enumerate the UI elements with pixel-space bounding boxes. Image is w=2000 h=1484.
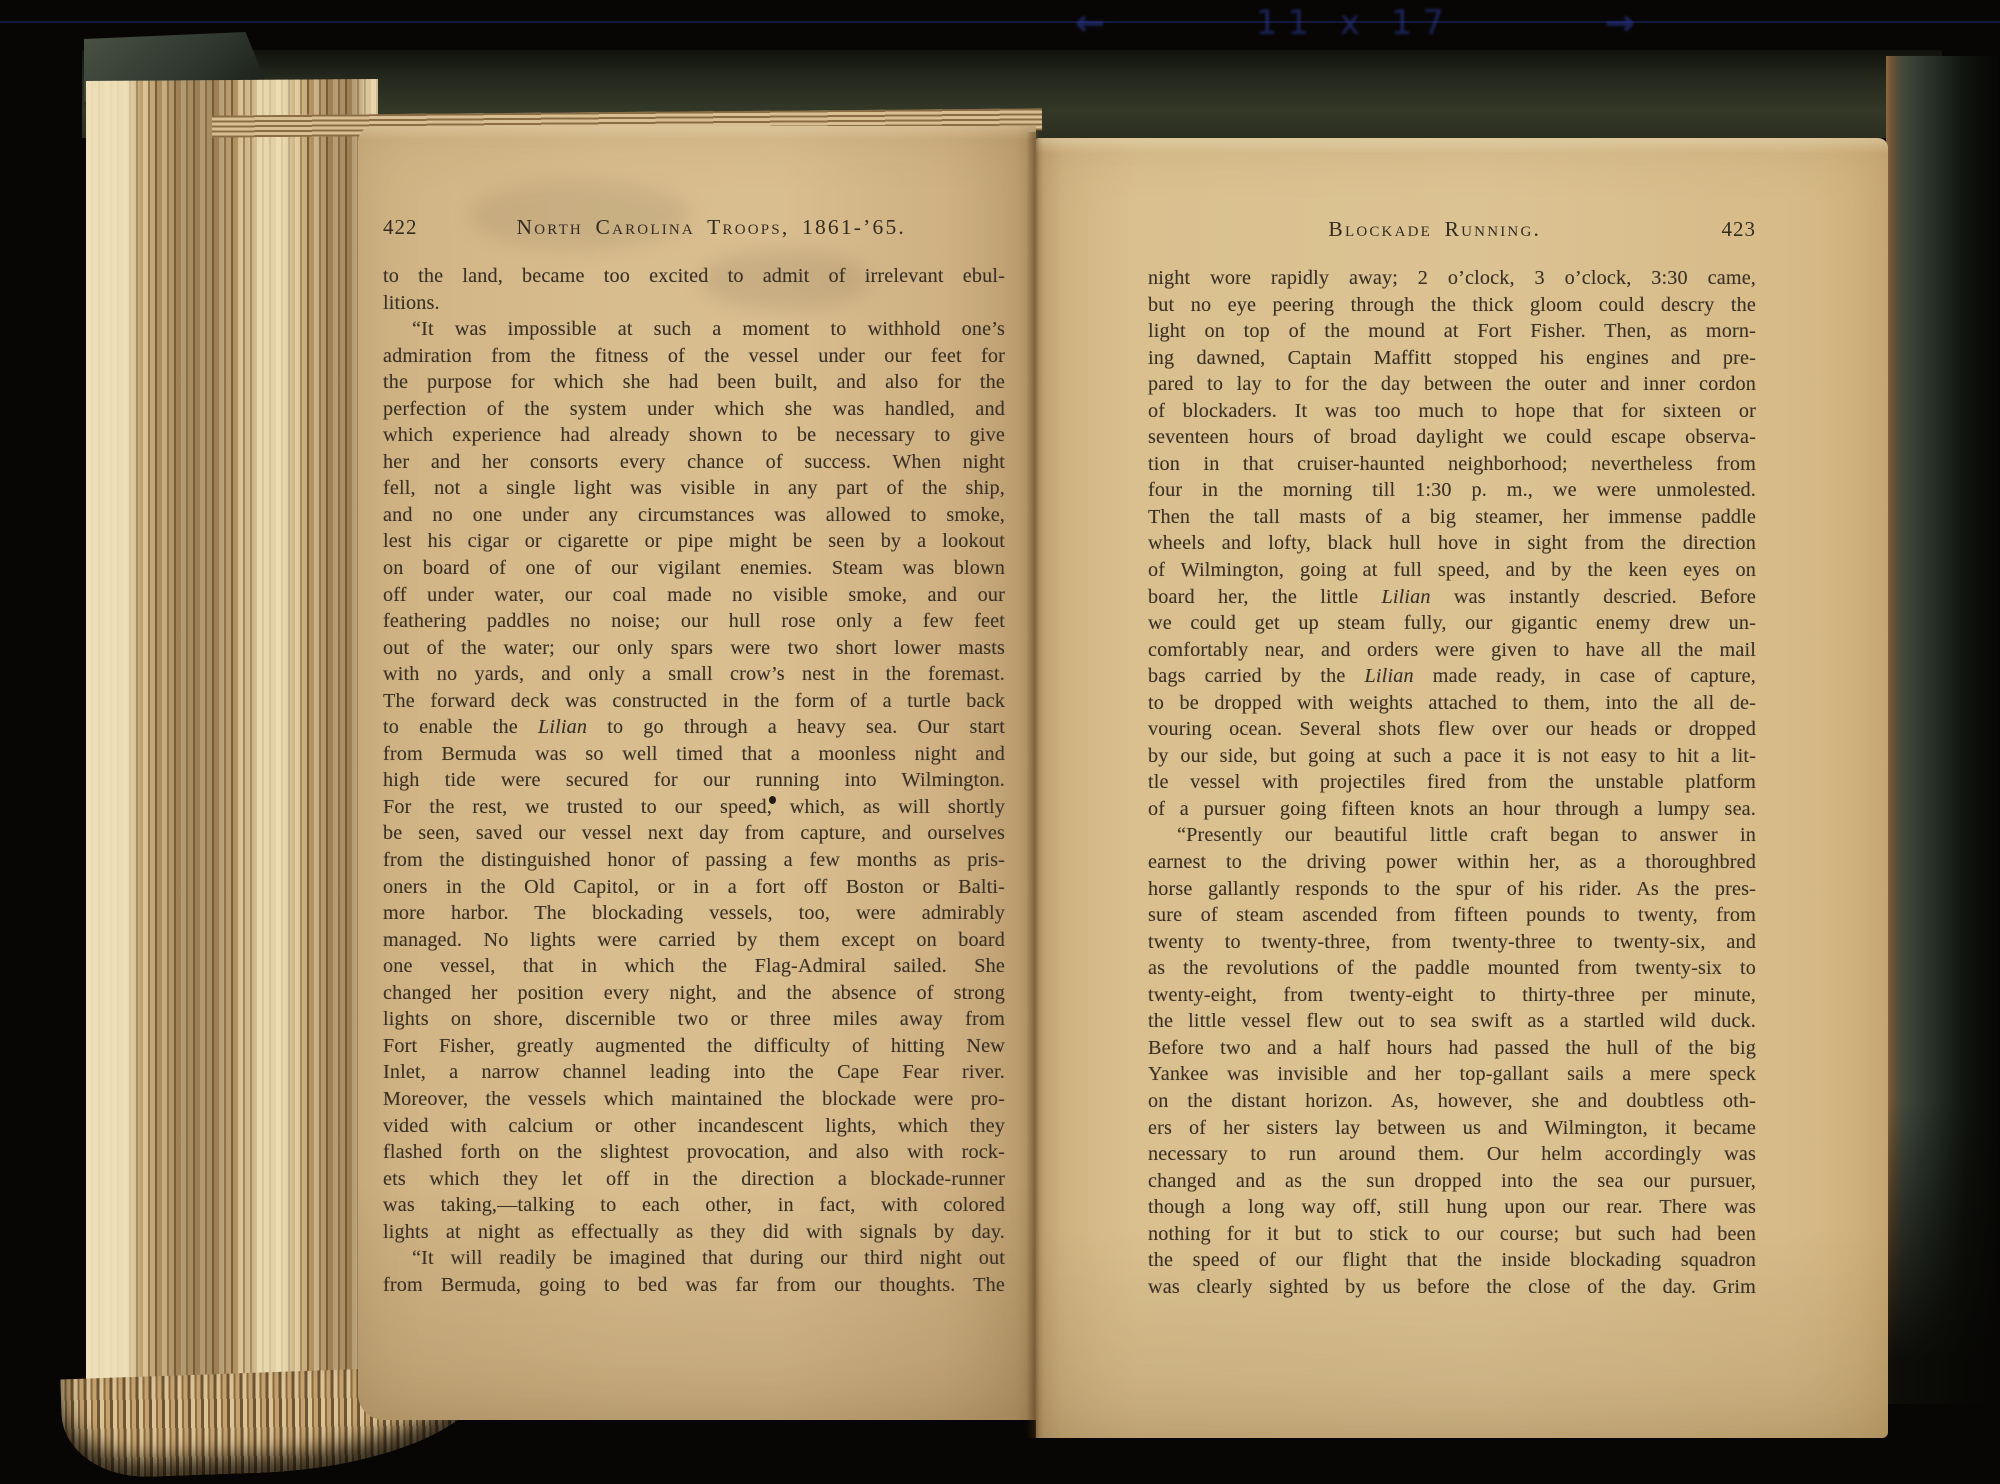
text-line: on the distant horizon. As, however, she… <box>1148 1088 1756 1115</box>
text-line: tion in that cruiser-haunted neighborhoo… <box>1148 451 1756 478</box>
text-line: litions. <box>383 290 1005 317</box>
text-line: twenty-eight, from twenty-eight to thirt… <box>1148 982 1756 1009</box>
text-line: sure of steam ascended from fifteen poun… <box>1148 902 1756 929</box>
text-line: of Wilmington, going at full speed, and … <box>1148 557 1756 584</box>
text-line: perfection of the system under which she… <box>383 396 1005 423</box>
text-line: bags carried by the Lilian made ready, i… <box>1148 663 1756 690</box>
text-line: tle vessel with projectiles fired from t… <box>1148 769 1756 796</box>
page-number: 422 <box>383 215 418 240</box>
text-line: as the revolutions of the paddle mounted… <box>1148 955 1756 982</box>
text-line: out of the water; our only spars were tw… <box>383 635 1005 662</box>
text-line: from Bermuda was so well timed that a mo… <box>383 741 1005 768</box>
text-line: ing dawned, Captain Maffitt stopped his … <box>1148 345 1756 372</box>
text-line: fell, not a single light was visible in … <box>383 475 1005 502</box>
text-line: by our side, but going at such a pace it… <box>1148 743 1756 770</box>
text-line: on board of one of our vigilant enemies.… <box>383 555 1005 582</box>
text-line: of a pursuer going fifteen knots an hour… <box>1148 796 1756 823</box>
text-line: vided with calcium or other incandescent… <box>383 1113 1005 1140</box>
page-body: to the land, became too excited to admit… <box>383 263 1005 1298</box>
scanner-guide-line <box>0 21 2000 23</box>
text-line: and no one under any circumstances was a… <box>383 502 1005 529</box>
text-line: the purpose for which she had been built… <box>383 369 1005 396</box>
text-line: “It was impossible at such a moment to w… <box>383 316 1005 343</box>
text-line: Before two and a half hours had passed t… <box>1148 1035 1756 1062</box>
text-line: of blockaders. It was too much to hope t… <box>1148 398 1756 425</box>
text-line: feathering paddles no noise; our hull ro… <box>383 608 1005 635</box>
left-arrow-icon: ← <box>1075 3 1105 44</box>
text-line: was taking,—talking to each other, in fa… <box>383 1192 1005 1219</box>
running-header: North Carolina Troops, 1861-’65. <box>418 215 1006 240</box>
text-line: necessary to run around them. Our helm a… <box>1148 1141 1756 1168</box>
text-line: to enable the Lilian to go through a hea… <box>383 714 1005 741</box>
left-page-text: 422 North Carolina Troops, 1861-’65. to … <box>383 215 1005 1298</box>
text-line: For the rest, we trusted to our speed, w… <box>383 794 1005 821</box>
text-line: board her, the little Lilian was instant… <box>1148 584 1756 611</box>
text-line: her and her consorts every chance of suc… <box>383 449 1005 476</box>
text-line: earnest to the driving power within her,… <box>1148 849 1756 876</box>
text-line: the speed of our flight that the inside … <box>1148 1247 1756 1274</box>
scanner-size-marking: ← 11 x 17 → <box>1075 0 1635 46</box>
text-line: managed. No lights were carried by them … <box>383 927 1005 954</box>
text-line: be seen, saved our vessel next day from … <box>383 820 1005 847</box>
text-line: ets which they let off in the direction … <box>383 1166 1005 1193</box>
text-line: oners in the Old Capitol, or in a fort o… <box>383 874 1005 901</box>
text-line: more harbor. The blockading vessels, too… <box>383 900 1005 927</box>
text-line: seventeen hours of broad daylight we cou… <box>1148 424 1756 451</box>
text-line: though a long way off, still hung upon o… <box>1148 1194 1756 1221</box>
text-line: comfortably near, and orders were given … <box>1148 637 1756 664</box>
text-line: which experience had already shown to be… <box>383 422 1005 449</box>
text-line: flashed forth on the slightest provocati… <box>383 1139 1005 1166</box>
text-line: Then the tall masts of a big steamer, he… <box>1148 504 1756 531</box>
text-line: from Bermuda, going to bed was far from … <box>383 1272 1005 1299</box>
text-line: to the land, became too excited to admit… <box>383 263 1005 290</box>
book-cover-shadow <box>1886 1100 1998 1404</box>
text-line: off under water, our coal made no visibl… <box>383 582 1005 609</box>
text-line: vouring ocean. Several shots flew over o… <box>1148 716 1756 743</box>
text-line: Yankee was invisible and her top-gallant… <box>1148 1061 1756 1088</box>
text-line: wheels and lofty, black hull hove in sig… <box>1148 530 1756 557</box>
running-header: Blockade Running. <box>1148 217 1722 242</box>
right-page-text: Blockade Running. 423 night wore rapidly… <box>1148 217 1756 1300</box>
text-line: twenty to twenty-three, from twenty-thre… <box>1148 929 1756 956</box>
text-line: with no yards, and only a small crow’s n… <box>383 661 1005 688</box>
text-line: high tide were secured for our running i… <box>383 767 1005 794</box>
text-line: lights at night as effectually as they d… <box>383 1219 1005 1246</box>
text-line: ers of her sisters lay between us and Wi… <box>1148 1115 1756 1142</box>
text-line: but no eye peering through the thick glo… <box>1148 292 1756 319</box>
text-line: nothing for it but to stick to our cours… <box>1148 1221 1756 1248</box>
text-line: four in the morning till 1:30 p. m., we … <box>1148 477 1756 504</box>
text-line: horse gallantly responds to the spur of … <box>1148 876 1756 903</box>
fanned-page-edges-left <box>86 79 378 1403</box>
page-number: 423 <box>1722 217 1757 242</box>
page-body: night wore rapidly away; 2 o’clock, 3 o’… <box>1148 265 1756 1300</box>
text-line: light on top of the mound at Fort Fisher… <box>1148 318 1756 345</box>
text-line: the little vessel flew out to sea swift … <box>1148 1008 1756 1035</box>
text-line: lest his cigar or cigarette or pipe migh… <box>383 528 1005 555</box>
text-line: one vessel, that in which the Flag-Admir… <box>383 953 1005 980</box>
text-line: “It will readily be imagined that during… <box>383 1245 1005 1272</box>
text-line: The forward deck was constructed in the … <box>383 688 1005 715</box>
text-line: changed her position every night, and th… <box>383 980 1005 1007</box>
right-arrow-icon: → <box>1605 3 1635 44</box>
text-line: admiration from the fitness of the vesse… <box>383 343 1005 370</box>
text-line: we could get up steam fully, our giganti… <box>1148 610 1756 637</box>
text-line: from the distinguished honor of passing … <box>383 847 1005 874</box>
book-gutter-shadow <box>1026 132 1044 1438</box>
text-line: Inlet, a narrow channel leading into the… <box>383 1059 1005 1086</box>
text-line: lights on shore, discernible two or thre… <box>383 1006 1005 1033</box>
text-line: Moreover, the vessels which maintained t… <box>383 1086 1005 1113</box>
scanned-book-page: ← 11 x 17 → 422 North Carolina Troops, 1… <box>0 0 2000 1484</box>
right-running-head: Blockade Running. 423 <box>1148 217 1756 242</box>
scan-size-label: 11 x 17 <box>1256 3 1454 43</box>
text-line: “Presently our beautiful little craft be… <box>1148 822 1756 849</box>
left-running-head: 422 North Carolina Troops, 1861-’65. <box>383 215 1005 240</box>
text-line: to be dropped with weights attached to t… <box>1148 690 1756 717</box>
text-line: changed and as the sun dropped into the … <box>1148 1168 1756 1195</box>
text-line: night wore rapidly away; 2 o’clock, 3 o’… <box>1148 265 1756 292</box>
text-line: pared to lay to for the day between the … <box>1148 371 1756 398</box>
text-line: was clearly sighted by us before the clo… <box>1148 1274 1756 1301</box>
text-line: Fort Fisher, greatly augmented the diffi… <box>383 1033 1005 1060</box>
